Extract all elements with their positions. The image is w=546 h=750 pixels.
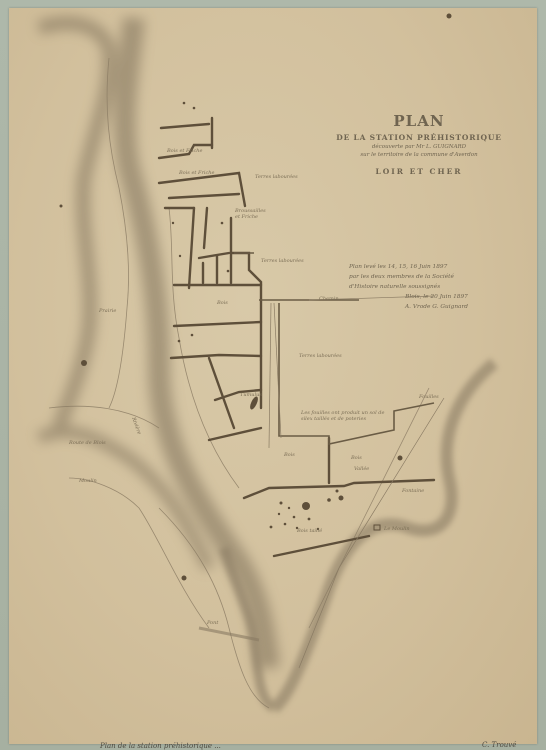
label-bois-et-friche-2: Bois et Friche [179, 170, 214, 176]
note-line-1: Plan levé les 14, 15, 16 Juin 1897 [349, 262, 524, 272]
title-discovered-by: découverte par Mr L. GUIGNARD [309, 144, 529, 150]
note-signature: A. Vrode G. Guignard [349, 302, 524, 312]
label-bois-3: Bois [351, 455, 362, 461]
label-bois-taille: Bois taillé [297, 528, 322, 534]
survey-note: Plan levé les 14, 15, 16 Juin 1897 par l… [349, 262, 524, 312]
note-line-3: d'Histoire naturelle soussignés [349, 282, 524, 292]
label-bois-2: Bois [284, 452, 295, 458]
label-fontaine: Fontaine [402, 488, 424, 494]
note-line-2: par les deux membres de la Société [349, 272, 524, 282]
title-main: PLAN [309, 112, 529, 130]
label-fouilles: Fouilles [419, 394, 439, 400]
label-pont: Pont [207, 620, 218, 626]
label-broussailles: Broussailles et Friche [235, 208, 265, 220]
label-route: Route de Blois [69, 440, 106, 446]
mount-signature: C. Trouvé [482, 741, 516, 749]
label-terres-labourees-3: Terres labourées [299, 353, 342, 359]
mount-caption: Plan de la station préhistorique ... [100, 742, 221, 750]
label-terres-labourees-1: Terres labourées [255, 174, 298, 180]
label-vallon: Vallée [354, 466, 369, 472]
label-prairie: Prairie [99, 308, 116, 314]
map-photograph: PLAN DE LA STATION PRÉHISTORIQUE découve… [9, 8, 537, 744]
label-tumulus: Tumulus [240, 392, 262, 398]
label-le-moulin: Le Moulin [384, 526, 410, 532]
label-moulin: Moulin [79, 478, 97, 484]
label-terres-labourees-2: Terres labourées [261, 258, 304, 264]
map-title-block: PLAN DE LA STATION PRÉHISTORIQUE découve… [309, 112, 529, 176]
label-note-fouilles: Les fouilles ont produit un sol de silex… [301, 410, 391, 422]
title-department: LOIR ET CHER [309, 167, 529, 176]
title-location: sur le territoire de la commune d'Averdo… [309, 152, 529, 158]
label-chemin: Chemin [319, 296, 339, 302]
label-bois-et-friche-1: Bois et Friche [167, 148, 202, 154]
label-bois-1: Bois [217, 300, 228, 306]
note-line-4: Blois, le 20 Juin 1897 [349, 292, 524, 302]
title-subtitle: DE LA STATION PRÉHISTORIQUE [309, 133, 529, 142]
